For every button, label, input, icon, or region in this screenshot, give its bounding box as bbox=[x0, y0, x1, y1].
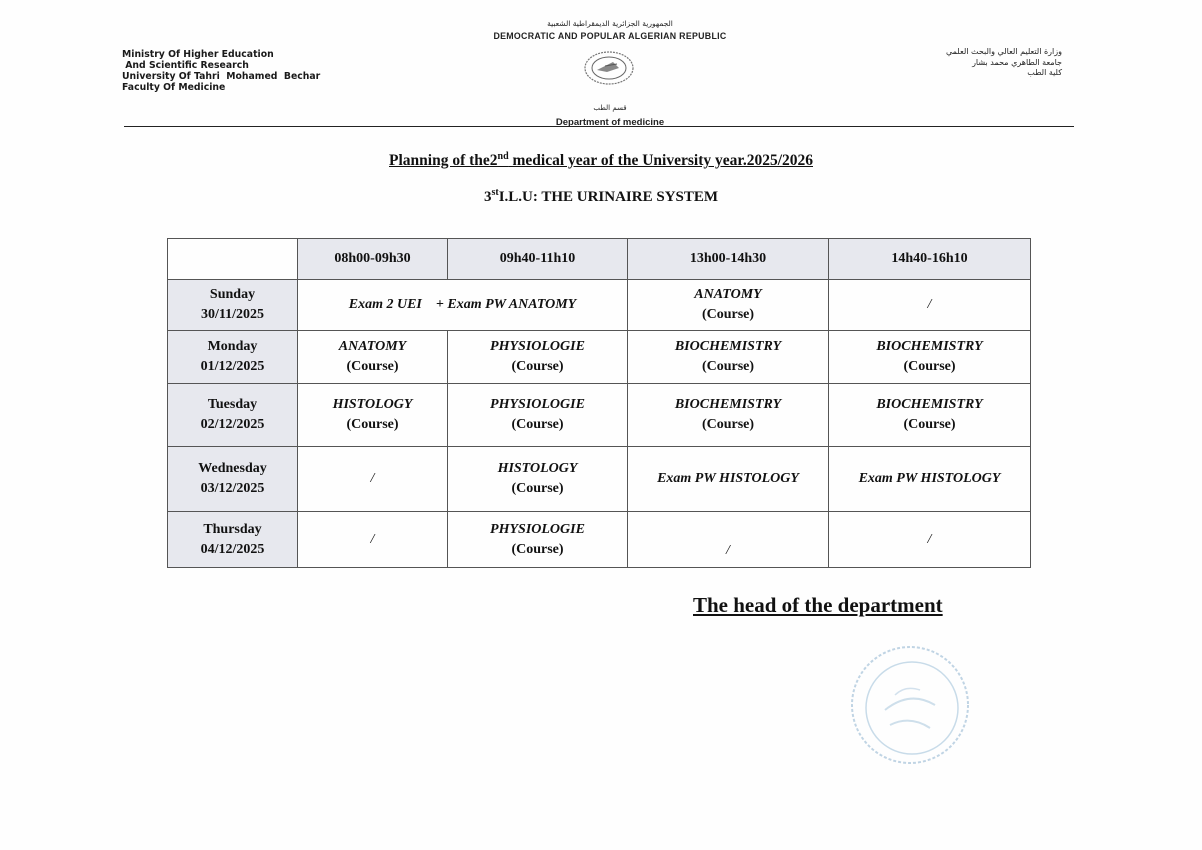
corner-cell bbox=[168, 239, 298, 280]
session-cell: BIOCHEMISTRY(Course) bbox=[628, 384, 829, 447]
session-cell: / bbox=[298, 512, 448, 568]
session-cell: / bbox=[829, 512, 1031, 568]
table-row: Monday01/12/2025 ANATOMY(Course) PHYSIOL… bbox=[168, 331, 1031, 384]
time-slot-header: 08h00-09h30 bbox=[298, 239, 448, 280]
session-cell: PHYSIOLOGIE(Course) bbox=[448, 512, 628, 568]
session-cell: Exam PW HISTOLOGY bbox=[829, 447, 1031, 512]
table-row: Wednesday03/12/2025 / HISTOLOGY(Course) … bbox=[168, 447, 1031, 512]
signature-label: The head of the department bbox=[693, 593, 943, 618]
unit-subtitle: 3stI.L.U: THE URINAIRE SYSTEM bbox=[0, 187, 1202, 206]
time-slot-header: 09h40-11h10 bbox=[448, 239, 628, 280]
day-cell: Tuesday02/12/2025 bbox=[168, 384, 298, 447]
session-cell: BIOCHEMISTRY(Course) bbox=[628, 331, 829, 384]
faculty-line: Faculty Of Medicine bbox=[122, 82, 320, 93]
session-cell: HISTOLOGY(Course) bbox=[298, 384, 448, 447]
faculty-arabic: كلية الطب bbox=[946, 68, 1062, 79]
department-arabic: قسم الطب bbox=[0, 104, 1202, 112]
session-cell: BIOCHEMISTRY(Course) bbox=[829, 384, 1031, 447]
session-cell: PHYSIOLOGIE(Course) bbox=[448, 331, 628, 384]
schedule-table: 08h00-09h30 09h40-11h10 13h00-14h30 14h4… bbox=[167, 238, 1031, 568]
session-cell: ANATOMY(Course) bbox=[298, 331, 448, 384]
institution-header-left: Ministry Of Higher Education And Scienti… bbox=[122, 49, 320, 93]
official-stamp-icon bbox=[845, 640, 975, 770]
day-cell: Monday01/12/2025 bbox=[168, 331, 298, 384]
session-cell: HISTOLOGY(Course) bbox=[448, 447, 628, 512]
table-row: Sunday30/11/2025 Exam 2 UEI + Exam PW AN… bbox=[168, 280, 1031, 331]
table-row: Thursday04/12/2025 / PHYSIOLOGIE(Course)… bbox=[168, 512, 1031, 568]
session-cell: / bbox=[298, 447, 448, 512]
ministry-line-2: And Scientific Research bbox=[122, 60, 320, 71]
institution-header-right: وزارة التعليم العالي والبحث العلمي جامعة… bbox=[946, 47, 1062, 79]
session-cell: PHYSIOLOGIE(Course) bbox=[448, 384, 628, 447]
ministry-line: Ministry Of Higher Education bbox=[122, 49, 320, 60]
session-cell: / bbox=[829, 280, 1031, 331]
republic-arabic: الجمهورية الجزائرية الديمقراطية الشعبية bbox=[0, 19, 1202, 28]
day-cell: Sunday30/11/2025 bbox=[168, 280, 298, 331]
time-slot-header: 14h40-16h10 bbox=[829, 239, 1031, 280]
day-cell: Thursday04/12/2025 bbox=[168, 512, 298, 568]
time-slot-header: 13h00-14h30 bbox=[628, 239, 829, 280]
table-row: Tuesday02/12/2025 HISTOLOGY(Course) PHYS… bbox=[168, 384, 1031, 447]
header-divider bbox=[124, 126, 1074, 127]
ministry-arabic: وزارة التعليم العالي والبحث العلمي bbox=[946, 47, 1062, 58]
session-cell: ANATOMY(Course) bbox=[628, 280, 829, 331]
session-cell: Exam PW HISTOLOGY bbox=[628, 447, 829, 512]
session-cell: / bbox=[628, 512, 829, 568]
session-cell-merged: Exam 2 UEI + Exam PW ANATOMY bbox=[298, 280, 628, 331]
table-header-row: 08h00-09h30 09h40-11h10 13h00-14h30 14h4… bbox=[168, 239, 1031, 280]
university-arabic: جامعة الطاهري محمد بشار bbox=[946, 58, 1062, 69]
university-line: University Of Tahri Mohamed Bechar bbox=[122, 71, 320, 82]
session-cell: BIOCHEMISTRY(Course) bbox=[829, 331, 1031, 384]
day-cell: Wednesday03/12/2025 bbox=[168, 447, 298, 512]
republic-name: DEMOCRATIC AND POPULAR ALGERIAN REPUBLIC bbox=[0, 31, 1202, 41]
university-emblem-icon bbox=[583, 50, 635, 86]
page-title: Planning of the2nd medical year of the U… bbox=[0, 151, 1202, 170]
